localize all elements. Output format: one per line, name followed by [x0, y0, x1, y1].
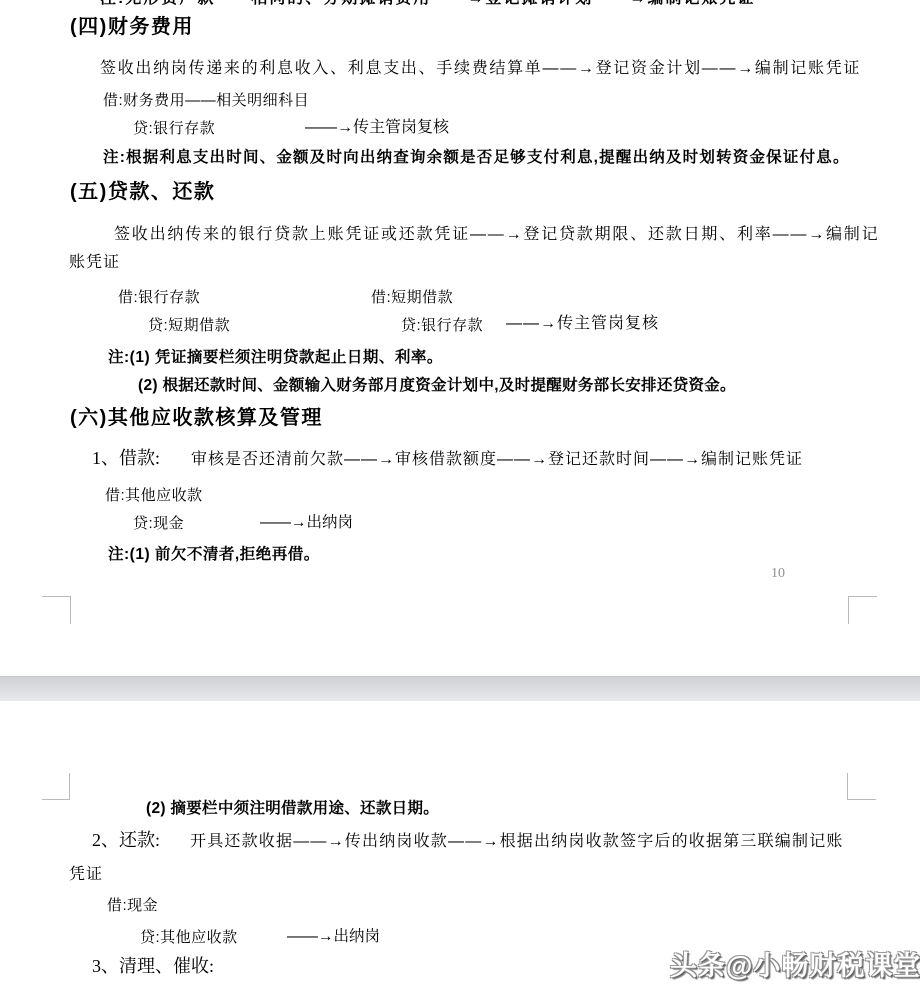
note-loan-2: (2) 根据还款时间、金额输入财务部月度资金计划中,及时提醒财务部长安排还贷资金…: [138, 378, 736, 394]
journal-debit-bank-deposit: 借:银行存款: [118, 290, 200, 305]
document-page-view: 注:无形资产款――相同的、分期摊销费用――→登记摊销计划――→编制记账凭证 (四…: [0, 0, 920, 996]
flow-borrowing: 审核是否还清前欠款――→审核借款额度――→登记还款时间――→编制记账凭证: [191, 452, 803, 468]
clipped-top-line: 注:无形资产款――相同的、分期摊销费用――→登记摊销计划――→编制记账凭证: [100, 0, 755, 7]
flow-repayment-line1: 开具还款收据――→传出纳岗收款――→根据出纳岗收款签字后的收据第三联编制记账: [190, 834, 844, 850]
journal-debit-other-receivables: 借:其他应收款: [105, 488, 203, 503]
journal-debit-short-term-loan: 借:短期借款: [371, 290, 453, 305]
journal-debit-finance-expense: 借:财务费用――相关明细科目: [103, 93, 309, 108]
journal-credit-bank-deposit: 贷:银行存款: [133, 121, 215, 136]
flow-repayment-line2: 凭证: [69, 867, 103, 883]
section-heading-5: (五)贷款、还款: [70, 182, 215, 202]
note-borrowing-2: (2) 摘要栏中须注明借款用途、还款日期。: [146, 801, 439, 817]
arrow-to-supervisor-review: ――→传主管岗复核: [305, 120, 449, 136]
journal-debit-cash: 借:现金: [107, 898, 158, 913]
flow-loan-line2: 账凭证: [69, 255, 120, 271]
item-2-label: 2、还款:: [92, 831, 160, 849]
flow-finance-expense: 签收出纳岗传递来的利息收入、利息支出、手续费结算单――→登记资金计划――→编制记…: [100, 61, 861, 77]
item-3-label: 3、清理、催收:: [92, 957, 214, 975]
margin-mark-bottom-right: [848, 596, 877, 624]
page-number: 10: [771, 567, 785, 581]
journal-credit-cash: 贷:现金: [133, 516, 184, 531]
journal-credit-short-term-loan: 贷:短期借款: [148, 318, 230, 333]
flow-loan-line1: 签收出纳传来的银行贷款上账凭证或还款凭证――→登记贷款期限、还款日期、利率――→…: [114, 227, 879, 243]
note-borrowing-1: 注:(1) 前欠不清者,拒绝再借。: [108, 547, 320, 563]
section-heading-6: (六)其他应收款核算及管理: [70, 408, 323, 428]
arrow-to-cashier-post: ――→出纳岗: [260, 515, 353, 531]
note-loan-1: 注:(1) 凭证摘要栏须注明贷款起止日期、利率。: [108, 350, 443, 366]
item-1-label: 1、借款:: [92, 449, 160, 467]
arrow-to-supervisor-review: ――→传主管岗复核: [506, 316, 659, 332]
section-heading-4: (四)财务费用: [70, 17, 194, 37]
watermark-toutiao-badge: 头条@小畅财税课堂: [670, 944, 920, 983]
margin-mark-bottom-left: [42, 596, 71, 624]
journal-credit-other-receivables: 贷:其他应收款: [140, 930, 238, 945]
margin-mark-top-left: [42, 773, 70, 800]
journal-credit-bank-deposit: 贷:银行存款: [401, 318, 483, 333]
arrow-to-cashier-post: ――→出纳岗: [287, 929, 380, 945]
page-break-separator: [0, 676, 920, 701]
margin-mark-top-right: [847, 773, 876, 800]
note-finance-expense: 注:根据利息支出时间、金额及时向出纳查询余额是否足够支付利息,提醒出纳及时划转资…: [103, 150, 850, 166]
